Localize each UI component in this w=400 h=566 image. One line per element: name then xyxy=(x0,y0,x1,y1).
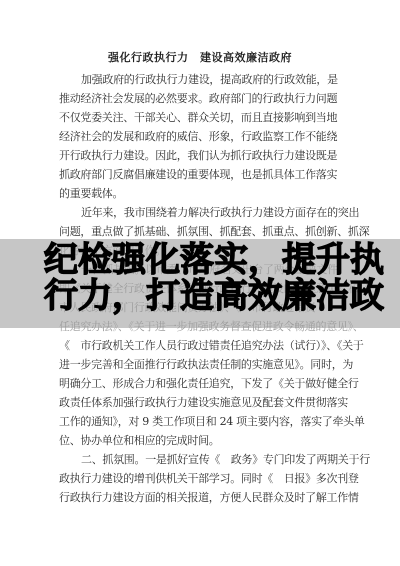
document-page: 强化行政执行力 建设高效廉洁政府 加强政府的行政执行力建设，提高政府的行政效能，… xyxy=(0,0,400,566)
text-line: 推动经济社会发展的必然要求。政府部门的行政执行力问题 xyxy=(59,89,345,108)
overlay-headline: 纪检强化落实，提升执 行力，打造高效廉洁政 xyxy=(44,242,384,314)
overlay-headline-line: 行力，打造高效廉洁政 xyxy=(44,278,384,314)
text-line: 抓政府部门反腐倡廉建设的重要体现，也是抓具体工作落实 xyxy=(59,165,345,184)
text-line: 问题，重点做了抓基础、抓氛围、抓配套、抓重点、抓创新、抓深 xyxy=(59,222,345,241)
text-line: 政执行力建设的增刊供机关干部学习。同时《 日报》多次刊登 xyxy=(59,469,345,488)
text-line: 加强政府的行政执行力建设，提高政府的行政效能，是 xyxy=(59,70,345,89)
text-line: 行政执行力建设方面的相关报道，方便人民群众及时了解工作情 xyxy=(59,488,345,507)
text-line: 近年来，我市围绕着力解决行政执行力建设方面存在的突出 xyxy=(59,203,345,222)
text-line: 位、协办单位和相应的完成时间。 xyxy=(59,431,345,450)
text-line: 进一步完善和全面推行行政执法责任制的实施意见》。同时，为 xyxy=(59,355,345,374)
text-line: 二、抓氛围。一是抓好宣传《 政务》专门印发了两期关于行 xyxy=(59,450,345,469)
text-line: 经济社会的发展和政府的威信、形象，行政监察工作不能绕 xyxy=(59,127,345,146)
text-line: 政责任体系加强行政执行力建设实施意见及配套文件贯彻落实 xyxy=(59,393,345,412)
text-line: 不仅党委关注、干部关心、群众关切，而且直接影响到当地 xyxy=(59,108,345,127)
text-line: 工作的通知》，对 9 类工作项目和 24 项主要内容，落实了牵头单 xyxy=(59,412,345,431)
text-line: 明确分工、形成合力和强化责任追究，下发了《关于做好健全行 xyxy=(59,374,345,393)
text-line: 任追究办法》、《关于进一步加强政务督查促进政令畅通的意见》、 xyxy=(59,317,345,336)
text-line: 开行政执行力建设。因此，我们认为抓行政执行力建设既是 xyxy=(59,146,345,165)
overlay-headline-line: 纪检强化落实，提升执 xyxy=(44,242,384,278)
document-title: 强化行政执行力 建设高效廉洁政府 xyxy=(0,49,400,65)
text-line: 《 市行政机关工作人员行政过错责任追究办法（试行）》、《关于 xyxy=(59,336,345,355)
text-line: 的重要载体。 xyxy=(59,184,345,203)
